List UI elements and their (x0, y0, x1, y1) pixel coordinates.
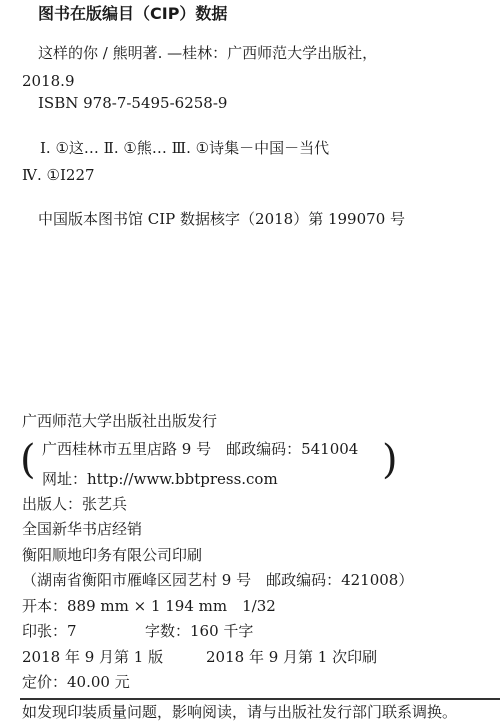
footer-notice: 如发现印装质量问题，影响阅读，请与出版社发行部门联系调换。 (22, 703, 457, 721)
printing: 2018 年 9 月第 1 次印刷 (206, 648, 377, 666)
sheets: 印张：7 (22, 622, 77, 640)
publisher-address: 广西桂林市五里店路 9 号 邮政编码：541004 (42, 440, 358, 458)
price: 定价：40.00 元 (22, 673, 130, 691)
divider (20, 698, 500, 700)
cip-classification-line1: Ⅰ. ①这… Ⅱ. ①熊… Ⅲ. ①诗集－中国－当代 (40, 139, 329, 157)
cip-heading: 图书在版编目（CIP）数据 (38, 5, 227, 23)
publisher-website: 网址：http://www.bbtpress.com (42, 470, 278, 488)
right-paren: ) (382, 440, 398, 480)
cip-classification-line2: Ⅳ. ①I227 (22, 166, 95, 184)
left-paren: ( (20, 440, 36, 480)
cip-number: 中国版本图书馆 CIP 数据核字（2018）第 199070 号 (38, 210, 405, 228)
cip-isbn: ISBN 978-7-5495-6258-9 (38, 94, 227, 112)
format: 开本：889 mm × 1 194 mm 1/32 (22, 597, 276, 615)
publisher-person: 出版人：张艺兵 (22, 495, 127, 513)
printer-address: （湖南省衡阳市雁峰区园艺村 9 号 邮政编码：421008） (22, 571, 413, 589)
word-count: 字数：160 千字 (145, 622, 253, 640)
cip-date: 2018.9 (22, 72, 75, 90)
printer: 衡阳顺地印务有限公司印刷 (22, 546, 202, 564)
publisher-issued-by: 广西师范大学出版社出版发行 (22, 412, 217, 430)
distributor: 全国新华书店经销 (22, 520, 142, 538)
cip-title-line: 这样的你 / 熊明著. —桂林：广西师范大学出版社， (38, 44, 377, 62)
edition: 2018 年 9 月第 1 版 (22, 648, 163, 666)
